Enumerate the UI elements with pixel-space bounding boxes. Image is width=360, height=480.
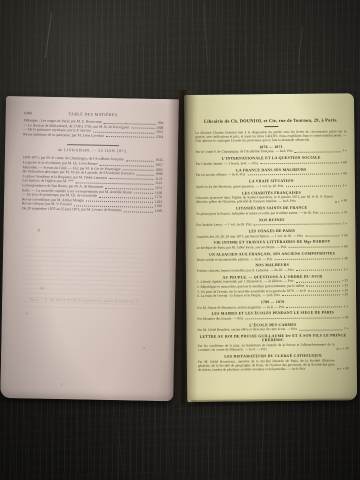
book-price: » 50 bbox=[343, 347, 349, 351]
dot-leader bbox=[337, 369, 341, 370]
catalog-section: VIE INTIME ET TRAVAUX LITTÉRAIRES DE Mgr… bbox=[197, 240, 348, 250]
catalog-section: LES MAIRES ET LES ÉCOLES PENDANT LE SIÈG… bbox=[197, 311, 348, 321]
book-description: Par M. Sainte de Beaumont, ancien magist… bbox=[197, 304, 284, 309]
catalog-section: LITANIES DES SAINTS DE FRANCESe priant p… bbox=[196, 205, 347, 215]
entry-row: Par Anatole Leroy. — 1 vol. in-18. Prix1… bbox=[196, 222, 347, 228]
book-description: archevêque de Paris; par M. l'abbé Favre… bbox=[197, 245, 287, 250]
livraison-header: 4e LIVRAISON. — 25 JUIN 1871. bbox=[23, 148, 163, 155]
book-price: 1 » bbox=[343, 267, 347, 271]
page-folio-number: 1040 bbox=[24, 110, 32, 115]
toc-header: 1040 TABLE DES MATIÈRES. bbox=[24, 110, 164, 118]
book-description: 4. La main de l'avenir : la France et le… bbox=[197, 293, 280, 298]
book-price: » 50 bbox=[341, 172, 347, 176]
book-description: Sur les conditions de la paix, au lendem… bbox=[198, 343, 335, 353]
toc-entry-title: Revue politique de la quinzaine; par M. … bbox=[23, 132, 104, 138]
dot-leader bbox=[306, 286, 340, 287]
book-description: Par un ancien officier. — In-8. Prix bbox=[196, 173, 246, 178]
toc-title: TABLE DES MATIÈRES. bbox=[68, 111, 118, 117]
entry-row: Brave soldat et incontestable patriote. … bbox=[197, 256, 348, 262]
dot-leader bbox=[299, 329, 342, 330]
catalog-section: NOS MALHEURSPoésies choisies, heures nou… bbox=[197, 263, 348, 273]
book-price: 1 » bbox=[343, 222, 347, 226]
book-price: » 25 bbox=[342, 292, 348, 296]
dot-leader bbox=[295, 151, 340, 152]
dot-leader bbox=[296, 281, 340, 282]
left-page-table-of-contents: 1040 TABLE DES MATIÈRES. Mélanges : Les … bbox=[0, 96, 179, 401]
dot-leader bbox=[124, 211, 153, 213]
entry-row: Par Mounier des Essarts. — Prix» 50 bbox=[197, 315, 348, 321]
book-price: » 50 bbox=[343, 366, 349, 370]
dot-leader bbox=[321, 212, 340, 213]
dot-leader bbox=[287, 306, 342, 308]
book-description: Après la loi des élections; grave questi… bbox=[196, 184, 284, 189]
entry-row: Journées des 24, 26, 28 mai 1871; par Ra… bbox=[196, 233, 347, 239]
book-description: Par M. l'abbé Beaulieu, ancien élève et … bbox=[197, 327, 297, 332]
toc-section-2: 1870-1871; par M. le comte de Champagny,… bbox=[22, 156, 163, 214]
entry-row: archevêque de Paris; par M. l'abbé Favre… bbox=[197, 244, 348, 250]
catalog-section: L'INTERNATIONALE ET LA QUESTION SOCIALEP… bbox=[196, 156, 347, 166]
book-description: Poésies choisies, heures nouvelles; par … bbox=[197, 268, 294, 273]
book-description: Par Claudio Jannet. — 1 broch. in-8. — P… bbox=[196, 161, 259, 166]
book-price: » 60 bbox=[341, 244, 347, 248]
book-price: 1 » bbox=[344, 304, 348, 308]
right-page-publisher-catalog: Librairie de Ch. DOUNIOL et Cie, rue de … bbox=[184, 93, 357, 402]
entry-row: Sur les conditions de la paix, au lendem… bbox=[198, 342, 349, 352]
left-page-content: 1040 TABLE DES MATIÈRES. Mélanges : Les … bbox=[0, 96, 179, 401]
entry-row: Par M. l'abbé Rousseaux, membre de la So… bbox=[198, 358, 349, 372]
entry-row: Par le comte F. de Champagny, de l'Acadé… bbox=[196, 149, 347, 155]
dot-leader bbox=[245, 317, 340, 319]
dot-leader bbox=[296, 270, 341, 271]
book-price: 1 » bbox=[344, 327, 348, 331]
book-description: Par M. l'abbé Rousseaux, membre de la So… bbox=[198, 358, 335, 372]
toc-section-1: Mélanges : Les otages de Paris; par M. E… bbox=[23, 118, 163, 139]
entry-row: Par M. Sainte de Beaumont, ancien magist… bbox=[197, 304, 348, 310]
book-price: » 50 bbox=[341, 199, 347, 203]
book-price: » 50 bbox=[342, 315, 348, 319]
dot-leader bbox=[254, 224, 341, 226]
entry-row: Discours prononcé dans l'église de Saint… bbox=[196, 195, 347, 205]
catalog-intro-paragraph: La librairie Charles Douniol met à la di… bbox=[195, 129, 346, 143]
book-price: » 60 bbox=[341, 160, 347, 164]
catalog-section: AU PEUPLE. — QUESTIONS À L'ORDRE DU JOUR… bbox=[197, 274, 348, 298]
toc-entry-page: 1034 bbox=[156, 135, 163, 140]
book-description: Brave soldat et incontestable patriote. … bbox=[197, 257, 273, 262]
book-description: Par Anatole Leroy. — 1 vol. in-18. Prix bbox=[196, 223, 251, 228]
catalog-section: UN ALSACIEN AUX FRANÇAIS, SES ANCIENS CO… bbox=[197, 251, 348, 261]
publisher-header: Librairie de Ch. DOUNIOL et Cie, rue de … bbox=[195, 117, 346, 124]
dot-leader bbox=[335, 201, 339, 202]
dot-leader bbox=[305, 235, 339, 236]
dot-leader bbox=[275, 258, 340, 260]
entry-row: Par Claudio Jannet. — 1 broch. in-8. — P… bbox=[196, 160, 347, 166]
catalog-section: NOS RUINESPar Anatole Leroy. — 1 vol. in… bbox=[196, 217, 347, 227]
section-divider-rule bbox=[67, 145, 119, 147]
dot-leader bbox=[289, 247, 340, 249]
catalog-section: LA FRANCE DANS SES MALHEURSPar un ancien… bbox=[196, 167, 347, 177]
entry-row: Après la loi des élections; grave questi… bbox=[196, 183, 347, 189]
dot-leader bbox=[260, 162, 338, 164]
entry-row: 4. La main de l'avenir : la France et le… bbox=[197, 292, 348, 298]
book-description: Par Mounier des Essarts. — Prix bbox=[197, 316, 243, 321]
book-price: 1 50 bbox=[341, 233, 347, 237]
catalog-section: LES OTAGES DE PARISJournées des 24, 26, … bbox=[196, 228, 347, 238]
book-description: Journées des 24, 26, 28 mai 1871; par Ra… bbox=[196, 233, 303, 238]
toc-entry-title: Du 20 septembre 1870 au 25 juin 1871; pa… bbox=[22, 206, 122, 213]
dot-leader bbox=[106, 136, 154, 138]
catalog-section: LES CHARITÉS FRANÇAISESDiscours prononcé… bbox=[196, 190, 347, 205]
book-description: Discours prononcé dans l'église de Saint… bbox=[196, 195, 333, 205]
entry-row: Se priant pour la France, indiquées et m… bbox=[196, 210, 347, 216]
entry-row: Poésies choisies, heures nouvelles; par … bbox=[197, 267, 348, 273]
catalog-section: L'ÉCOLE DES CARMESPar M. l'abbé Beaulieu… bbox=[197, 322, 348, 332]
header-rule bbox=[264, 126, 278, 127]
entry-row: Par M. l'abbé Beaulieu, ancien élève et … bbox=[197, 327, 348, 333]
book-description: Se priant pour la France, indiquées et m… bbox=[196, 210, 318, 215]
book-price: » 75 bbox=[341, 210, 347, 214]
dot-leader bbox=[282, 295, 340, 297]
catalog-section: LA VRAIE SITUATIONAprès la loi des élect… bbox=[196, 178, 347, 188]
dot-leader bbox=[337, 349, 341, 350]
toc-entry-page: 1198 bbox=[155, 209, 162, 214]
dot-leader bbox=[308, 290, 340, 291]
book-price: » 30 bbox=[342, 256, 348, 260]
catalog-section: 1789 — 1870Par M. Sainte de Beaumont, an… bbox=[197, 299, 348, 309]
catalog-section: LETTRE AU ROI DE PRUSSE GUILLAUME Ier ET… bbox=[198, 333, 349, 352]
right-page-content: Librairie de Ch. DOUNIOL et Cie, rue de … bbox=[184, 93, 357, 402]
catalog-section: 1870 — 1871Par le comte F. de Champagny,… bbox=[196, 144, 347, 154]
dot-leader bbox=[285, 185, 340, 187]
book-photo-scene: 1040 TABLE DES MATIÈRES. Mélanges : Les … bbox=[0, 0, 360, 480]
catalog-sections: 1870 — 1871Par le comte F. de Champagny,… bbox=[196, 144, 349, 372]
book-description: Par le comte F. de Champagny, de l'Acadé… bbox=[196, 149, 293, 154]
book-price: 1 » bbox=[343, 183, 347, 187]
entry-row: Par un ancien officier. — In-8. Prix» 50 bbox=[196, 172, 347, 178]
dot-leader bbox=[247, 174, 338, 176]
catalog-section: LES DIFFAMATEURS DU CLERGÉ CATHOLIQUEPar… bbox=[198, 353, 349, 372]
book-price: 1 » bbox=[342, 149, 346, 153]
